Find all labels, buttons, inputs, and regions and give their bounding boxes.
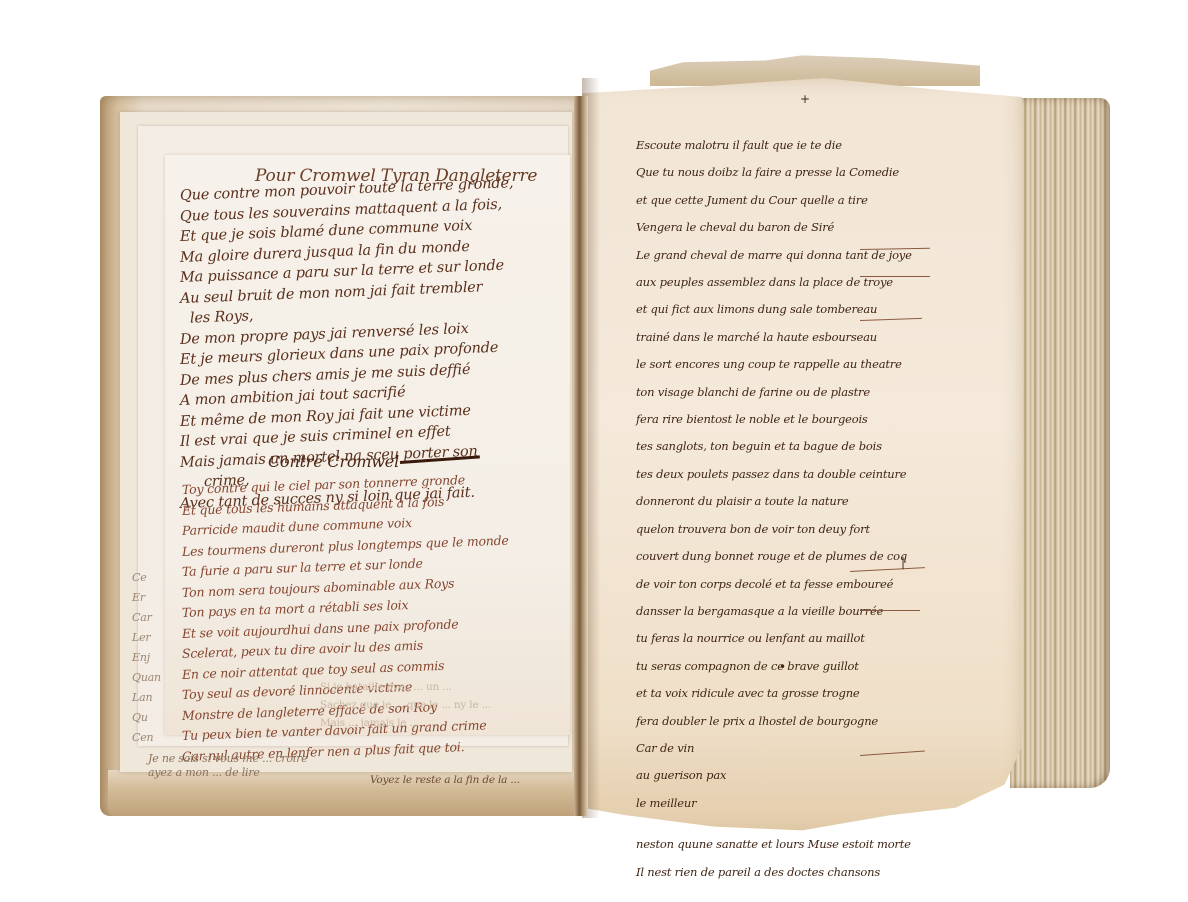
left-bottom-note: Je ne sais si vous me ... croire ayez a … xyxy=(148,752,307,780)
ghost-line: Mais ... jamais le ... xyxy=(320,714,491,732)
text-line: tes deux poulets passez dans ta double c… xyxy=(636,461,912,488)
text-line: de voir ton corps decolé et ta fesse emb… xyxy=(636,571,912,598)
text-line: tu feras la nourrice ou lenfant au maill… xyxy=(636,625,912,652)
text-line: tu seras compagnon de ce brave guillot xyxy=(636,653,912,680)
ink-mark: | xyxy=(901,555,905,569)
underline-flourish xyxy=(860,610,920,611)
text-line: donneront du plaisir a toute la nature xyxy=(636,488,912,515)
ink-mark: • xyxy=(779,660,786,674)
text-line: Vengera le cheval du baron de Siré xyxy=(636,214,912,241)
text-line: aux peuples assemblez dans la place de t… xyxy=(636,269,912,296)
left-margin-notes: Ce Er Car Ler Enj Quan Lan Qu Cen xyxy=(132,568,161,748)
margin-note: Enj xyxy=(132,648,161,668)
page-stack-edge xyxy=(1010,98,1110,788)
note-line: ayez a mon ... de lire xyxy=(148,766,307,780)
text-line: Il nest rien de pareil a des doctes chan… xyxy=(636,859,912,886)
ghost-line: Si je bataille avec ... un ... xyxy=(320,678,491,696)
left-catchword: Voyez le reste a la fin de la ... xyxy=(370,774,520,786)
left-poem-2-title: Contre Cromwel xyxy=(268,452,399,471)
margin-note: Quan xyxy=(132,668,161,688)
text-line: couvert dung bonnet rouge et de plumes d… xyxy=(636,543,912,570)
text-line: trainé dans le marché la haute esboursea… xyxy=(636,324,912,351)
text-line: fera doubler le prix a lhostel de bourgo… xyxy=(636,708,912,735)
margin-note: Er xyxy=(132,588,161,608)
text-line: Que tu nous doibz la faire a presse la C… xyxy=(636,159,912,186)
text-line: et ta voix ridicule avec ta grosse trogn… xyxy=(636,680,912,707)
note-line: Je ne sais si vous me ... croire xyxy=(148,752,307,766)
book-gutter xyxy=(574,96,588,816)
text-line: dansser la bergamasque a la vieille bour… xyxy=(636,598,912,625)
margin-note: Lan xyxy=(132,688,161,708)
ink-mark: + xyxy=(800,92,810,106)
text-line: neston quune sanatte et lours Muse estoi… xyxy=(636,831,912,858)
text-line: Le grand cheval de marre qui donna tant … xyxy=(636,242,912,269)
text-line: le sort encores ung coup te rappelle au … xyxy=(636,351,912,378)
right-page-text: Escoute malotru il fault que ie te die Q… xyxy=(636,132,912,886)
text-line: et que cette Jument du Cour quelle a tir… xyxy=(636,187,912,214)
underline-flourish xyxy=(860,276,930,277)
margin-note: Ler xyxy=(132,628,161,648)
ghost-line: Sachez que je ... que le ... ny le ... xyxy=(320,696,491,714)
margin-note: Ce xyxy=(132,568,161,588)
manuscript-photo: Pour Cromwel Tyran Dangleterre Que contr… xyxy=(0,0,1188,902)
text-line: ton visage blanchi de farine ou de plast… xyxy=(636,379,912,406)
text-line: Car de vin xyxy=(636,735,912,762)
bleed-through-text: Si je bataille avec ... un ... Sachez qu… xyxy=(320,678,491,732)
text-line: fera rire bientost le noble et le bourge… xyxy=(636,406,912,433)
text-line: au guerison pax xyxy=(636,762,912,789)
margin-note: Qu xyxy=(132,708,161,728)
text-line: quelon trouvera bon de voir ton deuy for… xyxy=(636,516,912,543)
text-line: Escoute malotru il fault que ie te die xyxy=(636,132,912,159)
text-line: le meilleur xyxy=(636,790,912,817)
text-line: tes sanglots, ton beguin et ta bague de … xyxy=(636,433,912,460)
margin-note: Cen xyxy=(132,728,161,748)
margin-note: Car xyxy=(132,608,161,628)
